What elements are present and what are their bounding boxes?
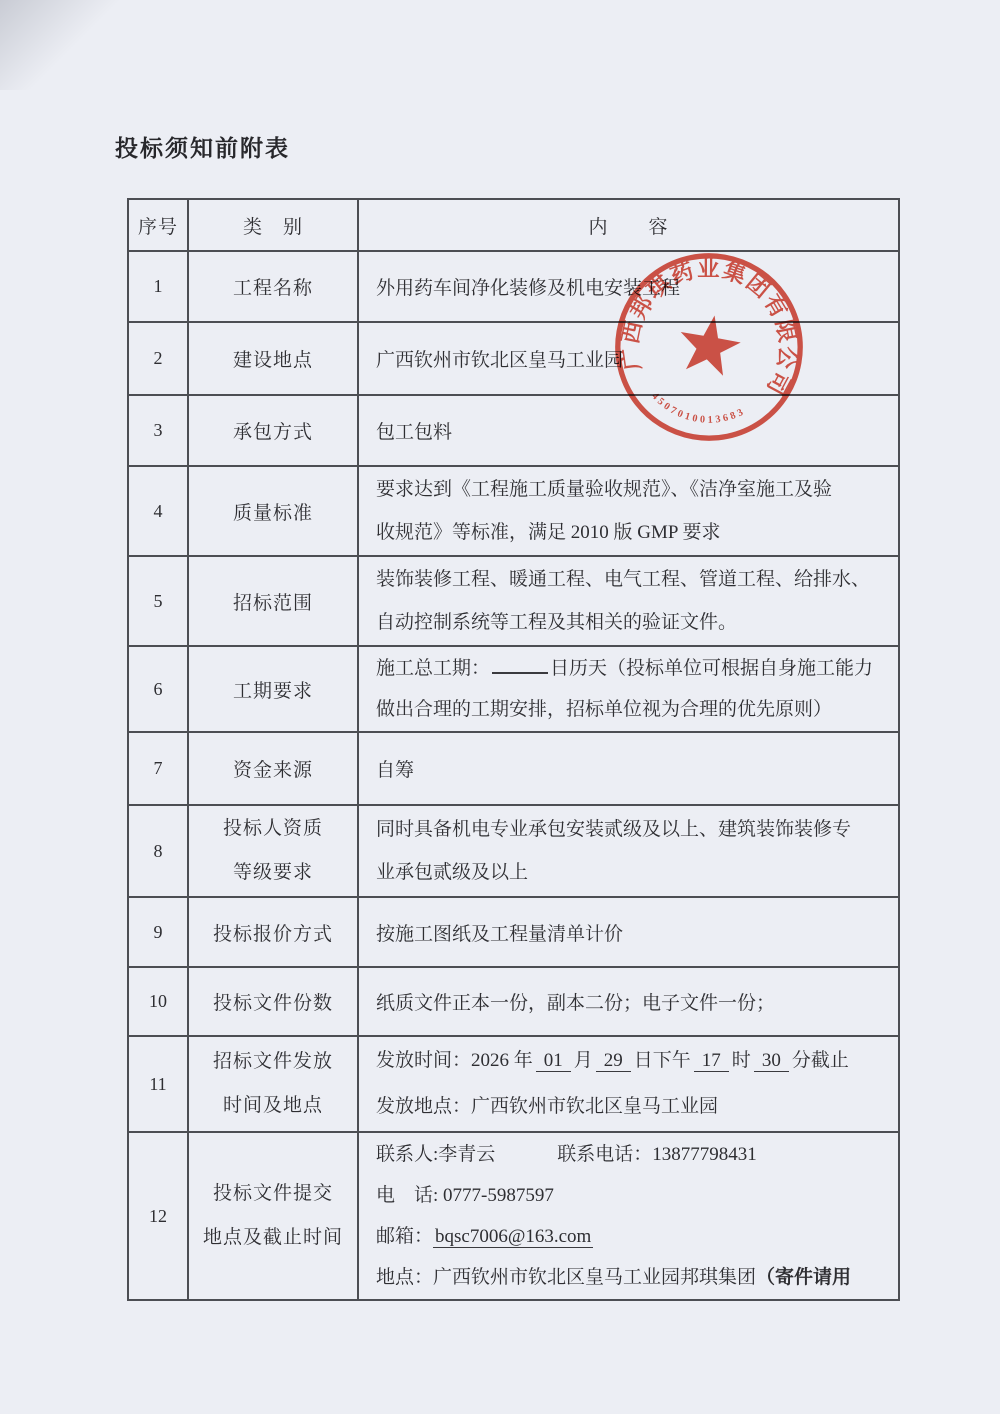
contact-person: 联系人:李青云 [376, 1144, 495, 1165]
category-line: 投标文件提交 [190, 1172, 356, 1216]
row-number: 2 [128, 322, 188, 395]
category-line: 等级要求 [190, 851, 356, 895]
content-line: 地点：广西钦州市钦北区皇马工业园邦琪集团（寄件请用 [376, 1257, 892, 1298]
category-cell: 投标文件提交 地点及截止时间 [188, 1132, 358, 1300]
table-row: 7 资金来源 自筹 [128, 732, 899, 805]
category-cell: 投标文件份数 [188, 967, 358, 1036]
row-number: 12 [128, 1132, 188, 1300]
row-number: 11 [128, 1036, 188, 1132]
content-line: 自动控制系统等工程及其相关的验证文件。 [376, 601, 892, 644]
content-cell: 广西钦州市钦北区皇马工业园 [358, 322, 899, 395]
category-cell: 投标报价方式 [188, 897, 358, 967]
table-row: 2 建设地点 广西钦州市钦北区皇马工业园 [128, 322, 899, 395]
content-line: 装饰装修工程、暖通工程、电气工程、管道工程、给排水、 [376, 558, 892, 601]
content-cell: 外用药车间净化装修及机电安装工程 [358, 251, 899, 322]
content-cell: 施工总工期：日历天（投标单位可根据自身施工能力 做出合理的工期安排，招标单位视为… [358, 646, 899, 732]
scan-shadow-artifact [0, 0, 130, 90]
content-cell: 要求达到《工程施工质量验收规范》、《洁净室施工及验 收规范》等标准，满足 201… [358, 466, 899, 556]
row-number: 5 [128, 556, 188, 646]
category-line: 地点及截止时间 [190, 1216, 356, 1260]
table-row: 9 投标报价方式 按施工图纸及工程量清单计价 [128, 897, 899, 967]
bid-notice-table: 序号 类 别 内 容 1 工程名称 外用药车间净化装修及机电安装工程 2 建设地… [127, 198, 900, 1301]
category-cell: 资金来源 [188, 732, 358, 805]
header-category: 类 别 [188, 199, 358, 251]
category-cell: 投标人资质 等级要求 [188, 805, 358, 897]
content-cell: 纸质文件正本一份，副本二份；电子文件一份； [358, 967, 899, 1036]
underlined-value-minute: 30 [754, 1050, 789, 1072]
row-number: 7 [128, 732, 188, 805]
email-label: 邮箱： [376, 1226, 433, 1247]
mailing-note-bold: （寄件请用 [756, 1267, 851, 1288]
category-cell: 招标文件发放 时间及地点 [188, 1036, 358, 1132]
table-row: 6 工期要求 施工总工期：日历天（投标单位可根据自身施工能力 做出合理的工期安排… [128, 646, 899, 732]
content-cell: 联系人:李青云联系电话：13877798431 电 话: 0777-598759… [358, 1132, 899, 1300]
table-row: 1 工程名称 外用药车间净化装修及机电安装工程 [128, 251, 899, 322]
text-segment: 施工总工期： [376, 658, 490, 679]
row-number: 3 [128, 395, 188, 466]
page-title: 投标须知前附表 [115, 130, 290, 163]
table-row: 12 投标文件提交 地点及截止时间 联系人:李青云联系电话：1387779843… [128, 1132, 899, 1300]
row-number: 8 [128, 805, 188, 897]
category-cell: 质量标准 [188, 466, 358, 556]
table-header-row: 序号 类 别 内 容 [128, 199, 899, 251]
table-row: 8 投标人资质 等级要求 同时具备机电专业承包安装贰级及以上、建筑装饰装修专 业… [128, 805, 899, 897]
category-cell: 招标范围 [188, 556, 358, 646]
category-line: 时间及地点 [190, 1084, 356, 1128]
content-line: 发放时间：2026 年01月29日下午17时30分截止 [376, 1038, 892, 1084]
category-line: 投标人资质 [190, 807, 356, 851]
text-segment: 月 [574, 1050, 593, 1071]
table-row: 4 质量标准 要求达到《工程施工质量验收规范》、《洁净室施工及验 收规范》等标准… [128, 466, 899, 556]
table-row: 3 承包方式 包工包料 [128, 395, 899, 466]
content-line: 施工总工期：日历天（投标单位可根据自身施工能力 [376, 648, 892, 689]
text-segment: 发放时间：2026 年 [376, 1050, 533, 1071]
row-number: 6 [128, 646, 188, 732]
header-no: 序号 [128, 199, 188, 251]
contact-phone: 联系电话：13877798431 [557, 1144, 757, 1165]
underlined-value-month: 01 [536, 1050, 571, 1072]
row-number: 4 [128, 466, 188, 556]
category-cell: 工期要求 [188, 646, 358, 732]
row-number: 1 [128, 251, 188, 322]
text-segment: 日下午 [634, 1050, 691, 1071]
content-line: 电 话: 0777-5987597 [376, 1175, 892, 1216]
text-segment: 日历天（投标单位可根据自身施工能力 [550, 658, 873, 679]
content-cell: 同时具备机电专业承包安装贰级及以上、建筑装饰装修专 业承包贰级及以上 [358, 805, 899, 897]
underlined-value-hour: 17 [694, 1050, 729, 1072]
content-line: 邮箱：bqsc7006@163.com [376, 1216, 892, 1257]
content-line: 做出合理的工期安排，招标单位视为合理的优先原则） [376, 689, 892, 730]
table-row: 5 招标范围 装饰装修工程、暖通工程、电气工程、管道工程、给排水、 自动控制系统… [128, 556, 899, 646]
category-cell: 建设地点 [188, 322, 358, 395]
content-line: 同时具备机电专业承包安装贰级及以上、建筑装饰装修专 [376, 808, 892, 851]
content-cell: 发放时间：2026 年01月29日下午17时30分截止 发放地点：广西钦州市钦北… [358, 1036, 899, 1132]
text-segment: 时 [732, 1050, 751, 1071]
row-number: 10 [128, 967, 188, 1036]
category-cell: 承包方式 [188, 395, 358, 466]
address-text: 地点：广西钦州市钦北区皇马工业园邦琪集团 [376, 1267, 756, 1288]
underlined-value-day: 29 [596, 1050, 631, 1072]
content-line: 业承包贰级及以上 [376, 851, 892, 894]
table-row: 10 投标文件份数 纸质文件正本一份，副本二份；电子文件一份； [128, 967, 899, 1036]
content-cell: 包工包料 [358, 395, 899, 466]
email-address: bqsc7006@163.com [433, 1226, 593, 1248]
content-line: 要求达到《工程施工质量验收规范》、《洁净室施工及验 [376, 468, 892, 511]
content-line: 收规范》等标准，满足 2010 版 GMP 要求 [376, 511, 892, 554]
category-cell: 工程名称 [188, 251, 358, 322]
content-cell: 装饰装修工程、暖通工程、电气工程、管道工程、给排水、 自动控制系统等工程及其相关… [358, 556, 899, 646]
content-line: 联系人:李青云联系电话：13877798431 [376, 1134, 892, 1175]
scanned-document-page: 投标须知前附表 序号 类 别 内 容 1 工程名称 外用药车间净化装修及机电安装… [0, 0, 1000, 1414]
blank-underline [492, 653, 548, 674]
text-segment: 分截止 [792, 1050, 849, 1071]
category-line: 招标文件发放 [190, 1040, 356, 1084]
content-line: 发放地点：广西钦州市钦北区皇马工业园 [376, 1084, 892, 1130]
content-cell: 按施工图纸及工程量清单计价 [358, 897, 899, 967]
header-content: 内 容 [358, 199, 899, 251]
table-row: 11 招标文件发放 时间及地点 发放时间：2026 年01月29日下午17时30… [128, 1036, 899, 1132]
row-number: 9 [128, 897, 188, 967]
content-cell: 自筹 [358, 732, 899, 805]
